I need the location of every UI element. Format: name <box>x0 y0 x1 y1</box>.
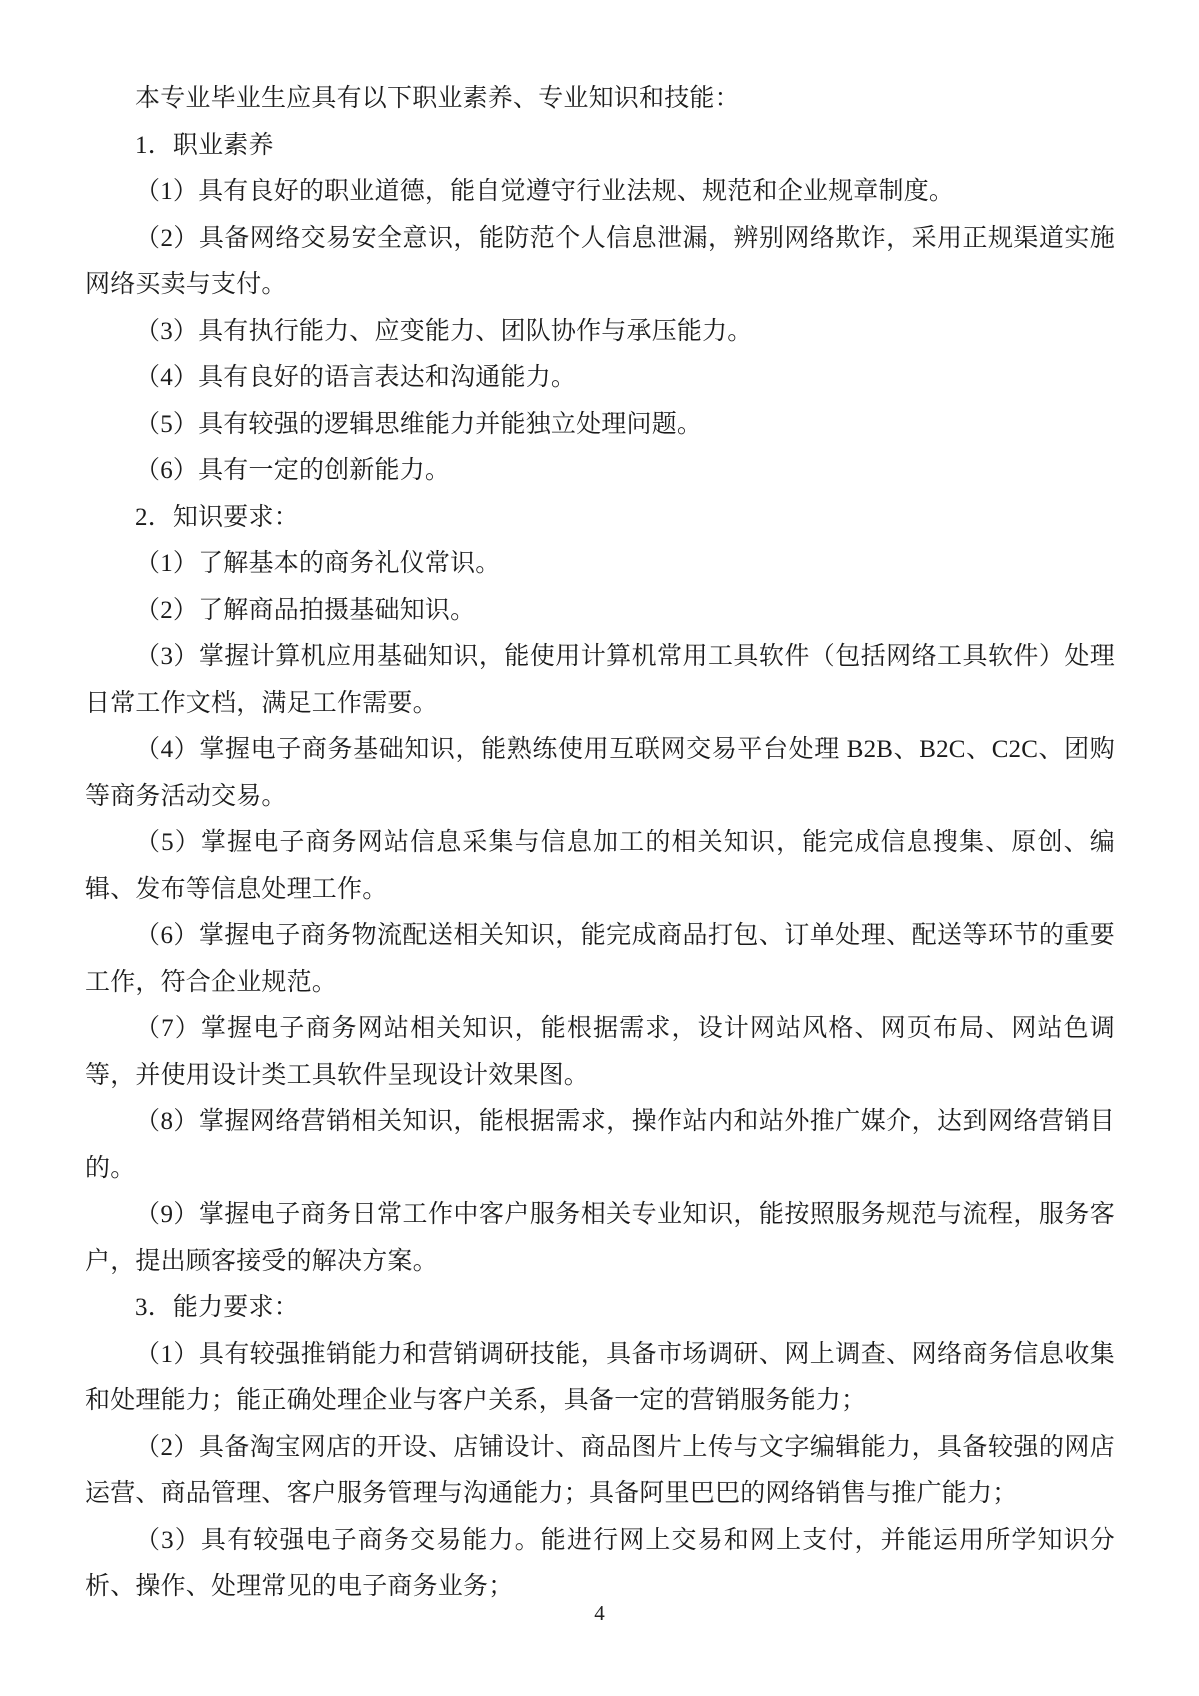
paragraph: （5）掌握电子商务网站信息采集与信息加工的相关知识，能完成信息搜集、原创、编辑、… <box>85 820 1115 913</box>
paragraph: （2）具备淘宝网店的开设、店铺设计、商品图片上传与文字编辑能力，具备较强的网店运… <box>85 1425 1115 1518</box>
paragraph: （1）具有良好的职业道德，能自觉遵守行业法规、规范和企业规章制度。 <box>85 169 1115 216</box>
paragraph: 2．知识要求： <box>85 495 1115 542</box>
paragraph: （2）了解商品拍摄基础知识。 <box>85 588 1115 635</box>
page-number: 4 <box>0 1600 1199 1626</box>
document-body: 本专业毕业生应具有以下职业素养、专业知识和技能：1．职业素养（1）具有良好的职业… <box>85 76 1115 1611</box>
paragraph: （4）掌握电子商务基础知识，能熟练使用互联网交易平台处理 B2B、B2C、C2C… <box>85 727 1115 820</box>
paragraph: （6）具有一定的创新能力。 <box>85 448 1115 495</box>
paragraph: 3．能力要求： <box>85 1285 1115 1332</box>
paragraph: 本专业毕业生应具有以下职业素养、专业知识和技能： <box>85 76 1115 123</box>
paragraph: （3）具有执行能力、应变能力、团队协作与承压能力。 <box>85 309 1115 356</box>
paragraph: （1）了解基本的商务礼仪常识。 <box>85 541 1115 588</box>
paragraph: （9）掌握电子商务日常工作中客户服务相关专业知识，能按照服务规范与流程，服务客户… <box>85 1192 1115 1285</box>
document-page: 本专业毕业生应具有以下职业素养、专业知识和技能：1．职业素养（1）具有良好的职业… <box>0 0 1199 1696</box>
paragraph: （6）掌握电子商务物流配送相关知识，能完成商品打包、订单处理、配送等环节的重要工… <box>85 913 1115 1006</box>
paragraph: （1）具有较强推销能力和营销调研技能，具备市场调研、网上调查、网络商务信息收集和… <box>85 1332 1115 1425</box>
paragraph: （7）掌握电子商务网站相关知识，能根据需求，设计网站风格、网页布局、网站色调等，… <box>85 1006 1115 1099</box>
paragraph: 1．职业素养 <box>85 123 1115 170</box>
paragraph: （2）具备网络交易安全意识，能防范个人信息泄漏，辨别网络欺诈，采用正规渠道实施网… <box>85 216 1115 309</box>
paragraph: （3）掌握计算机应用基础知识，能使用计算机常用工具软件（包括网络工具软件）处理日… <box>85 634 1115 727</box>
paragraph: （4）具有良好的语言表达和沟通能力。 <box>85 355 1115 402</box>
paragraph: （3）具有较强电子商务交易能力。能进行网上交易和网上支付，并能运用所学知识分析、… <box>85 1518 1115 1611</box>
paragraph: （8）掌握网络营销相关知识，能根据需求，操作站内和站外推广媒介，达到网络营销目的… <box>85 1099 1115 1192</box>
paragraph: （5）具有较强的逻辑思维能力并能独立处理问题。 <box>85 402 1115 449</box>
